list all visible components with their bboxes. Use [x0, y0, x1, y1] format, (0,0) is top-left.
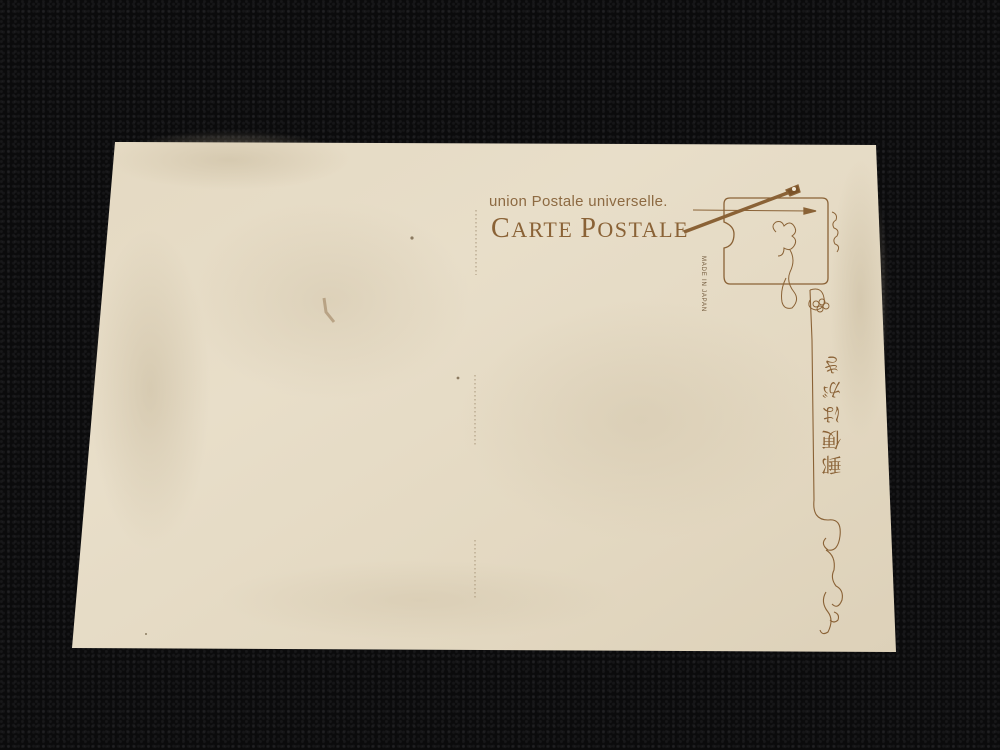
yubin-hagaki-text: 郵便はがき: [818, 350, 847, 475]
postcard-scene: [0, 0, 1000, 750]
made-in-japan-text: MADE IN JAPAN: [700, 256, 706, 312]
title-arte: ARTE: [511, 217, 573, 242]
title-initial-c: C: [491, 213, 511, 244]
title-ostale: OSTALE: [597, 217, 689, 242]
title-initial-p: P: [580, 213, 597, 244]
carte-postale-title: CARTE POSTALE: [491, 213, 689, 245]
union-postale-text: union Postale universelle.: [489, 193, 668, 210]
